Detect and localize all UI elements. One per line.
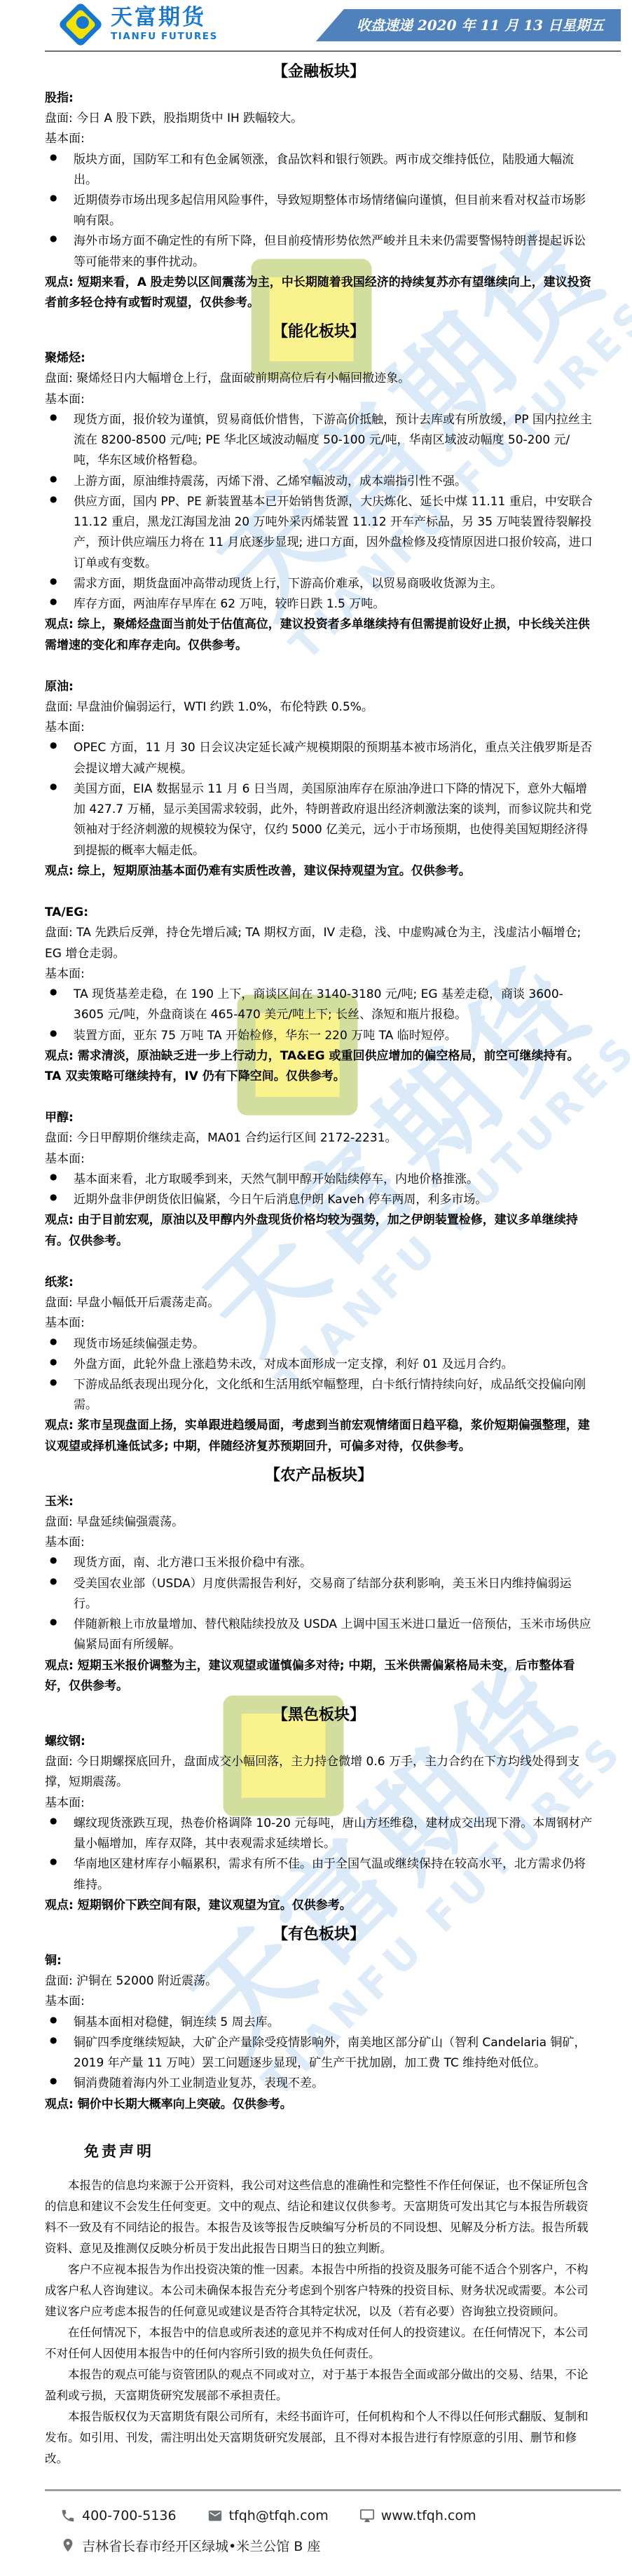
bullet-item: ●版块方面，国防军工和有色金属领涨，食品饮料和银行领跌。两市成交维持低位，陆股通… [45,150,593,191]
section-title: 【黑色板块】 [45,1702,593,1729]
bullet-item: ●OPEC 方面，11 月 30 日会议决定延长减产规模期限的预期基本被市场消化… [45,738,593,779]
commodity-name: 甲醇: [45,1108,593,1128]
commodity-block: 原油:盘面: 早盘油价偏弱运行，WTI 约跌 1.0%，布伦特跌 0.5%。基本… [45,677,593,882]
bullet-text: 需求方面，期货盘面冲高带动现货上行，下游高价难承，以贸易商吸收货源为主。 [74,574,593,594]
bullet-text: 近期外盘非伊朗货依旧偏紧，今日午后消息伊朗 Kaveh 停车两周，利多市场。 [74,1190,593,1210]
logo-text-cn: 天富期货 [111,7,218,29]
disclaimer-paragraph: 本报告版权仅为天富期货有限公司所有，未经书面许可，任何机构和个人不得以任何形式翻… [45,2406,593,2469]
bullet-marker-icon: ● [45,410,74,472]
section-title: 【有色板块】 [45,1921,593,1948]
bullet-marker-icon: ● [45,1553,74,1573]
bullet-item: ●近期债券市场出现多起信用风险事件，导致短期整体市场情绪偏向谨慎，但目前来看对权… [45,191,593,231]
address-row: 吉林省长春市经开区绿城•米兰公馆 B 座 [60,2536,621,2555]
bullet-marker-icon: ● [45,1854,74,1895]
viewpoint-line: 观点: 需求清淡，原油缺乏进一步上行动力，TA&EG 或重回供应增加的偏空格局，… [45,1046,593,1087]
bullet-text: 美国方面，EIA 数据显示 11 月 6 日当周，美国原油库存在原油净进口下降的… [74,779,593,861]
commodity-block: 聚烯烃:盘面: 聚烯烃日内大幅增仓上行，盘面破前期高位后有小幅回撤迹象。基本面:… [45,348,593,656]
bullet-item: ●下游成品纸表现出现分化，文化纸和生活用纸窄幅整理，白卡纸行情持续向好，成品纸交… [45,1375,593,1416]
bullet-item: ●铜基本面相对稳健，铜连续 5 周去库。 [45,2013,593,2033]
bullet-marker-icon: ● [45,594,74,615]
address-text: 吉林省长春市经开区绿城•米兰公馆 B 座 [82,2536,320,2555]
commodity-name: 纸浆: [45,1273,593,1293]
surface-line: 盘面: 早盘小幅低开后震荡走高。 [45,1293,593,1313]
bullet-item: ●伴随新粮上市放量增加、替代粮陆续投放及 USDA 上调中国玉米进口量近一倍预估… [45,1615,593,1655]
bullet-item: ●近期外盘非伊朗货依旧偏紧，今日午后消息伊朗 Kaveh 停车两周，利多市场。 [45,1190,593,1210]
bullet-text: 外盘方面，此轮外盘上涨趋势未改，对成本面形成一定支撑，利好 01 及远月合约。 [74,1355,593,1375]
bullet-item: ●美国方面，EIA 数据显示 11 月 6 日当周，美国原油库存在原油净进口下降… [45,779,593,861]
bullet-marker-icon: ● [45,985,74,1025]
commodity-block: 螺纹钢:盘面: 今日期螺探底回升，盘面成交小幅回落，主力持仓微增 0.6 万手，… [45,1732,593,1916]
bullet-marker-icon: ● [45,1026,74,1046]
bullet-text: TA 现货基差走稳，在 190 上下，商谈区间在 3140-3180 元/吨; … [74,985,593,1025]
section-title: 【农产品板块】 [45,1462,593,1489]
surface-line: 盘面: 早盘延续偏强震荡。 [45,1512,593,1533]
bullet-text: 库存方面，两油库存早库在 62 万吨，较昨日跌 1.5 万吨。 [74,594,593,615]
commodity-block: 纸浆:盘面: 早盘小幅低开后震荡走高。基本面:●现货市场延续偏强走势。●外盘方面… [45,1273,593,1457]
disclaimer-paragraph: 本报告的信息均来源于公开资料，我公司对这些信息的准确性和完整性不作任何保证，也不… [45,2175,593,2259]
surface-line: 盘面: 沪铜在 52000 附近震荡。 [45,1971,593,1992]
phone-icon [60,2508,76,2523]
commodity-name: 股指: [45,88,593,109]
bullet-marker-icon: ● [45,738,74,779]
commodity-name: 铜: [45,1951,593,1971]
commodity-block: 甲醇:盘面: 今日甲醇期价继续走高，MA01 合约运行区间 2172-2231。… [45,1108,593,1252]
viewpoint-line: 观点: 综上，聚烯烃盘面当前处于估值高位，建议投资者多单继续持有但需提前设好止损… [45,615,593,655]
bullet-item: ●TA 现货基差走稳，在 190 上下，商谈区间在 3140-3180 元/吨;… [45,985,593,1025]
bullet-text: 装置方面，亚东 75 万吨 TA 开始检修，华东一 220 万吨 TA 临时短停… [74,1026,593,1046]
surface-line: 盘面: 今日 A 股下跌，股指期货中 IH 跌幅较大。 [45,109,593,129]
bullet-text: 现货方面，报价较为谨慎，贸易商低价惜售，下游高价抵触，预计去库或有所放缓，PP … [74,410,593,472]
bullet-marker-icon: ● [45,1574,74,1615]
bullet-text: 现货方面，南、北方港口玉米报价稳中有涨。 [74,1553,593,1573]
section-title: 【能化板块】 [45,319,593,345]
bullet-text: OPEC 方面，11 月 30 日会议决定延长减产规模期限的预期基本被市场消化，… [74,738,593,779]
viewpoint-line: 观点: 短期玉米报价调整为主，建议观望或谨慎偏多对待; 中期，玉米供需偏紧格局未… [45,1656,593,1697]
bullet-item: ●供应方面，国内 PP、PE 新装置基本已开始销售货源，大庆炼化、延长中煤 11… [45,492,593,574]
bullet-item: ●装置方面，亚东 75 万吨 TA 开始检修，华东一 220 万吨 TA 临时短… [45,1026,593,1046]
bullet-text: 华南地区建材库存小幅累积，需求有所不佳。由于全国气温或继续保持在较高水平，北方需… [74,1854,593,1895]
bullet-item: ●基本面来看，北方取暖季到来，天然气制甲醇开始陆续停车，内地价格推涨。 [45,1170,593,1190]
bullet-item: ●海外市场方面不确定性的有所下降，但目前疫情形势依然严峻并且未来仍需要警惕特朗普… [45,231,593,272]
bullet-text: 受美国农业部（USDA）月度供需报告利好，交易商了结部分获利影响，美玉米日内维持… [74,1574,593,1615]
bullet-marker-icon: ● [45,1190,74,1210]
bullet-item: ●上游方面，原油维持震荡，丙烯下滑、乙烯窄幅波动，成本端指引性不强。 [45,472,593,492]
commodity-block: 股指:盘面: 今日 A 股下跌，股指期货中 IH 跌幅较大。基本面:●版块方面，… [45,88,593,314]
bullet-item: ●现货方面，南、北方港口玉米报价稳中有涨。 [45,1553,593,1573]
viewpoint-line: 观点: 由于目前宏观，原油以及甲醇内外盘现货价格均较为强势，加之伊朗装置检修，建… [45,1210,593,1251]
surface-line: 盘面: 早盘油价偏弱运行，WTI 约跌 1.0%，布伦特跌 0.5%。 [45,697,593,718]
fundamentals-label: 基本面: [45,964,593,985]
bullet-item: ●需求方面，期货盘面冲高带动现货上行，下游高价难承，以贸易商吸收货源为主。 [45,574,593,594]
bullet-text: 伴随新粮上市放量增加、替代粮陆续投放及 USDA 上调中国玉米进口量近一倍预估，… [74,1615,593,1655]
bullet-item: ●受美国农业部（USDA）月度供需报告利好，交易商了结部分获利影响，美玉米日内维… [45,1574,593,1615]
viewpoint-line: 观点: 浆市呈现盘面上扬，实单跟进趋缓局面，考虑到当前宏观情绪面日趋平稳，浆价短… [45,1416,593,1456]
bullet-marker-icon: ● [45,1170,74,1190]
fundamentals-label: 基本面: [45,129,593,149]
report-body: 【金融板块】股指:盘面: 今日 A 股下跌，股指期货中 IH 跌幅较大。基本面:… [0,52,632,2115]
bullet-marker-icon: ● [45,2074,74,2094]
bullet-item: ●螺纹现货涨跌互现，热卷价格调降 10-20 元每吨，唐山方坯维稳，建材成交出现… [45,1814,593,1854]
bullet-item: ●库存方面，两油库存早库在 62 万吨，较昨日跌 1.5 万吨。 [45,594,593,615]
fundamentals-label: 基本面: [45,1793,593,1814]
report-page: 天富期货 TIANFU FUTURES 天富期货 TIANFU FUTURES … [0,0,632,2576]
commodity-name: 螺纹钢: [45,1732,593,1752]
disclaimer-paragraphs: 本报告的信息均来源于公开资料，我公司对这些信息的准确性和完整性不作任何保证，也不… [45,2175,593,2469]
bullet-marker-icon: ● [45,472,74,492]
surface-line: 盘面: 今日甲醇期价继续走高，MA01 合约运行区间 2172-2231。 [45,1128,593,1149]
bullet-marker-icon: ● [45,1615,74,1655]
commodity-name: 聚烯烃: [45,348,593,369]
bullet-item: ●铜矿四季度继续短缺，大矿企产量除受疫情影响外，南美地区部分矿山（智利 Cand… [45,2033,593,2074]
disclaimer-paragraph: 本报告的观点可能与资管团队的观点不同或对立，对于基于本报告全面或部分做出的交易、… [45,2364,593,2406]
commodity-name: TA/EG: [45,903,593,923]
bullet-item: ●现货方面，报价较为谨慎，贸易商低价惜售，下游高价抵触，预计去库或有所放缓，PP… [45,410,593,472]
envelope-icon [207,2508,223,2523]
commodity-block: TA/EG:盘面: TA 先跌后反弹，持仓先增后减; TA 期权方面，IV 走稳… [45,903,593,1087]
website-contact: www.tfqh.com [359,2508,476,2523]
bullet-text: 版块方面，国防军工和有色金属领涨，食品饮料和银行领跌。两市成交维持低位，陆股通大… [74,150,593,191]
commodity-block: 玉米:盘面: 早盘延续偏强震荡。基本面:●现货方面，南、北方港口玉米报价稳中有涨… [45,1492,593,1697]
bullet-marker-icon: ● [45,1334,74,1355]
bullet-marker-icon: ● [45,150,74,191]
location-pin-icon [60,2537,76,2553]
bullet-marker-icon: ● [45,779,74,861]
disclaimer-title: 免责声明 [84,2140,593,2161]
surface-line: 盘面: 聚烯烃日内大幅增仓上行，盘面破前期高位后有小幅回撤迹象。 [45,369,593,389]
fundamentals-label: 基本面: [45,1149,593,1170]
report-date-banner: 收盘速递 2020 年 11 月 13 日星期五 [316,9,621,41]
surface-line: 盘面: TA 先跌后反弹，持仓先增后减; TA 期权方面，IV 走稳，浅、中虚购… [45,923,593,964]
phone-number: 400-700-5136 [82,2508,177,2523]
fundamentals-label: 基本面: [45,1313,593,1334]
logo-text-en: TIANFU FUTURES [111,31,218,42]
contact-footer: 400-700-5136 tfqh@tfqh.com www.tfqh.com … [45,2489,621,2576]
bullet-text: 铜基本面相对稳健，铜连续 5 周去库。 [74,2013,593,2033]
bullet-item: ●华南地区建材库存小幅累积，需求有所不佳。由于全国气温或继续保持在较高水平，北方… [45,1854,593,1895]
email-contact: tfqh@tfqh.com [207,2508,329,2523]
bullet-item: ●现货市场延续偏强走势。 [45,1334,593,1355]
bullet-text: 供应方面，国内 PP、PE 新装置基本已开始销售货源，大庆炼化、延长中煤 11.… [74,492,593,574]
bullet-marker-icon: ● [45,1355,74,1375]
bullet-text: 基本面来看，北方取暖季到来，天然气制甲醇开始陆续停车，内地价格推涨。 [74,1170,593,1190]
bullet-text: 海外市场方面不确定性的有所下降，但目前疫情形势依然严峻并且未来仍需要警惕特朗普提… [74,231,593,272]
bullet-text: 近期债券市场出现多起信用风险事件，导致短期整体市场情绪偏向谨慎，但目前来看对权益… [74,191,593,231]
bullet-item: ●外盘方面，此轮外盘上涨趋势未改，对成本面形成一定支撑，利好 01 及远月合约。 [45,1355,593,1375]
bullet-marker-icon: ● [45,574,74,594]
fundamentals-label: 基本面: [45,390,593,410]
viewpoint-line: 观点: 短期钢价下跌空间有限，建议观望为宜。仅供参考。 [45,1896,593,1916]
bullet-marker-icon: ● [45,1375,74,1416]
bullet-text: 铜矿四季度继续短缺，大矿企产量除受疫情影响外，南美地区部分矿山（智利 Cande… [74,2033,593,2074]
section-title: 【金融板块】 [45,59,593,85]
bullet-marker-icon: ● [45,1814,74,1854]
disclaimer-section: 免责声明 本报告的信息均来源于公开资料，我公司对这些信息的准确性和完整性不作任何… [0,2140,632,2469]
tianfu-logo: 天富期货 TIANFU FUTURES [60,4,218,45]
bullet-text: 现货市场延续偏强走势。 [74,1334,593,1355]
fundamentals-label: 基本面: [45,1533,593,1553]
disclaimer-paragraph: 在任何情况下，本报告中的信息或所表述的意见并不构成对任何人的投资建议。在任何情况… [45,2322,593,2364]
bullet-marker-icon: ● [45,2013,74,2033]
bullet-text: 上游方面，原油维持震荡，丙烯下滑、乙烯窄幅波动，成本端指引性不强。 [74,472,593,492]
monitor-icon [359,2508,375,2523]
phone-contact: 400-700-5136 [60,2508,177,2523]
contact-row: 400-700-5136 tfqh@tfqh.com www.tfqh.com [60,2508,621,2523]
bullet-text: 下游成品纸表现出现分化，文化纸和生活用纸窄幅整理，白卡纸行情持续向好，成品纸交投… [74,1375,593,1416]
disclaimer-paragraph: 客户不应视本报告为作出投资决策的惟一因素。本报告中所指的投资及服务可能不适合个别… [45,2259,593,2322]
address-contact: 吉林省长春市经开区绿城•米兰公馆 B 座 [60,2536,320,2555]
commodity-name: 玉米: [45,1492,593,1512]
logo-diamond-icon [57,1,103,47]
website-url: www.tfqh.com [381,2508,476,2523]
surface-line: 盘面: 今日期螺探底回升，盘面成交小幅回落，主力持仓微增 0.6 万手，主力合约… [45,1752,593,1793]
bullet-text: 铜消费随着海内外工业制造业复苏，表现不差。 [74,2074,593,2094]
report-header: 天富期货 TIANFU FUTURES 收盘速递 2020 年 11 月 13 … [0,0,632,50]
bullet-marker-icon: ● [45,231,74,272]
viewpoint-line: 观点: 短期来看，A 股走势以区间震荡为主，中长期随着我国经济的持续复苏亦有望继… [45,273,593,313]
commodity-block: 铜:盘面: 沪铜在 52000 附近震荡。基本面:●铜基本面相对稳健，铜连续 5… [45,1951,593,2115]
viewpoint-line: 观点: 综上，短期原油基本面仍难有实质性改善，建议保持观望为宜。仅供参考。 [45,861,593,882]
commodity-name: 原油: [45,677,593,697]
bullet-marker-icon: ● [45,492,74,574]
fundamentals-label: 基本面: [45,718,593,738]
bullet-text: 螺纹现货涨跌互现，热卷价格调降 10-20 元每吨，唐山方坯维稳，建材成交出现下… [74,1814,593,1854]
email-address: tfqh@tfqh.com [229,2508,329,2523]
viewpoint-line: 观点: 铜价中长期大概率向上突破。仅供参考。 [45,2095,593,2115]
bullet-marker-icon: ● [45,191,74,231]
bullet-marker-icon: ● [45,2033,74,2074]
bullet-item: ●铜消费随着海内外工业制造业复苏，表现不差。 [45,2074,593,2094]
fundamentals-label: 基本面: [45,1992,593,2012]
